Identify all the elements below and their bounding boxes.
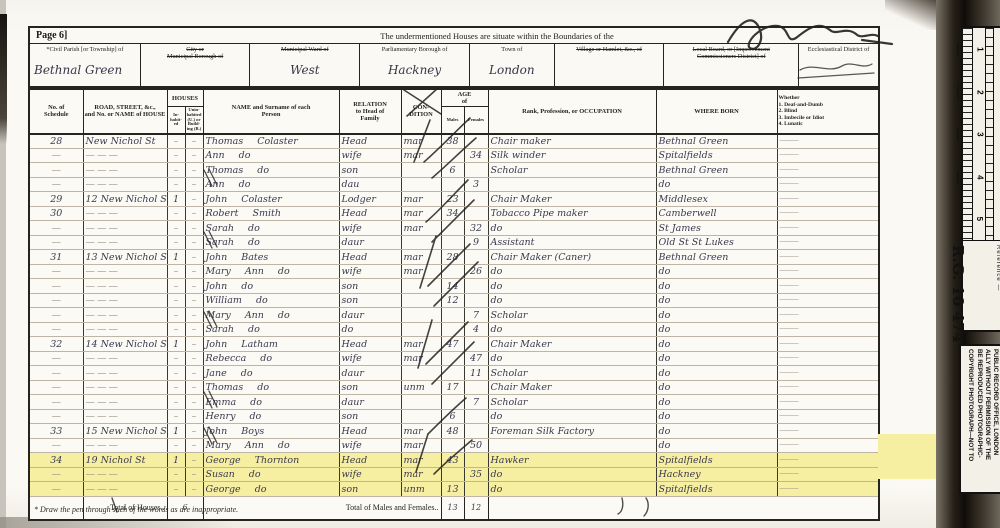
cell-occupation: Scholar <box>488 163 656 178</box>
cell-age-male: 14 <box>441 279 464 294</box>
cell-born: do <box>656 351 777 366</box>
cell-occupation: do <box>488 351 656 366</box>
cell-schedule <box>29 264 83 279</box>
cell-condition: mar <box>401 467 441 482</box>
col-age: AGE of <box>441 89 488 107</box>
cell-inhabited <box>167 235 185 250</box>
copyright-line: COPYRIGHT PHOTOGRAPH—NOT TO <box>966 349 974 489</box>
cell-inhabited <box>167 293 185 308</box>
cell-born: do <box>656 395 777 410</box>
cell-uninhabited <box>185 366 203 381</box>
cell-born: Spitalfields <box>656 482 777 497</box>
col-born: WHERE BORN <box>656 89 777 134</box>
boundary-statement: The undermentioned Houses are situate wi… <box>156 31 878 41</box>
col-inhabited: In- habit- ed <box>167 107 185 134</box>
cell-born: do <box>656 322 777 337</box>
cell-disability <box>777 453 879 468</box>
census-rows: 28New Nichol StThomas ColasterHeadmar38C… <box>29 134 879 497</box>
cell-age-male <box>441 235 464 250</box>
cell-uninhabited <box>185 409 203 424</box>
cell-schedule <box>29 438 83 453</box>
cell-born: do <box>656 438 777 453</box>
cell-disability <box>777 366 879 381</box>
cell-age-male <box>441 395 464 410</box>
cell-inhabited <box>167 177 185 192</box>
cell-schedule: 29 <box>29 192 83 207</box>
cell-schedule <box>29 409 83 424</box>
cell-inhabited: 1 <box>167 453 185 468</box>
cell-age-female: 35 <box>464 467 488 482</box>
cell-relation: son <box>339 293 401 308</box>
cell-age-female: 9 <box>464 235 488 250</box>
cell-born: Bethnal Green <box>656 250 777 265</box>
reference-number: R.G. 10 474 <box>949 245 967 331</box>
cell-name: Sarah do <box>203 322 339 337</box>
cell-relation: wife <box>339 148 401 163</box>
cell-road: New Nichol St <box>83 134 167 149</box>
field-label: Town of <box>470 44 554 53</box>
field-local-board: Local Board, or [Improvement Commissione… <box>663 44 798 86</box>
cell-uninhabited <box>185 351 203 366</box>
cell-condition <box>401 322 441 337</box>
cell-born: do <box>656 380 777 395</box>
cell-relation: do <box>339 322 401 337</box>
reference-label: Reference — <box>995 245 1000 325</box>
table-row: 28New Nichol StThomas ColasterHeadmar38C… <box>29 134 879 149</box>
cell-age-male <box>441 308 464 323</box>
table-header: No. of Schedule ROAD, STREET, &c., and N… <box>29 89 879 134</box>
cell-name: Mary Ann do <box>203 264 339 279</box>
field-municipal-ward: Municipal Ward of West <box>249 44 359 86</box>
cell-road <box>83 206 167 221</box>
cell-condition <box>401 409 441 424</box>
cell-uninhabited <box>185 279 203 294</box>
cell-disability <box>777 482 879 497</box>
header-fields: *Civil Parish [or Township] of Bethnal G… <box>28 44 880 88</box>
cell-name: Thomas do <box>203 380 339 395</box>
cell-name: Ann do <box>203 177 339 192</box>
cell-relation: wife <box>339 264 401 279</box>
field-label: Parliamentary Borough of <box>360 44 469 53</box>
table-row: John doson14dodo <box>29 279 879 294</box>
table-row: Sarah dodo4dodo <box>29 322 879 337</box>
cell-inhabited: 1 <box>167 250 185 265</box>
cell-relation: Head <box>339 337 401 352</box>
cell-condition: mar <box>401 221 441 236</box>
table-row: 3113 New Nichol St1John BatesHeadmar28Ch… <box>29 250 879 265</box>
cell-road: 14 New Nichol St <box>83 337 167 352</box>
form-footnote: * Draw the pen through such of the words… <box>34 505 238 514</box>
ruler-zone: 1 2 3 4 5 PUBLIC RECORD OFFICE <box>963 28 1000 241</box>
cell-relation: Head <box>339 453 401 468</box>
cell-age-female: 7 <box>464 395 488 410</box>
cell-inhabited <box>167 279 185 294</box>
cell-schedule <box>29 351 83 366</box>
cell-name: Ann do <box>203 148 339 163</box>
cell-road: 15 New Nichol St <box>83 424 167 439</box>
cell-age-female <box>464 337 488 352</box>
cell-disability <box>777 177 879 192</box>
cell-name: John Latham <box>203 337 339 352</box>
cell-road: 13 New Nichol St <box>83 250 167 265</box>
field-value <box>555 53 664 86</box>
cell-born: Old St St Lukes <box>656 235 777 250</box>
cell-condition: mar <box>401 148 441 163</box>
cell-age-female: 11 <box>464 366 488 381</box>
cell-name: John do <box>203 279 339 294</box>
cell-road <box>83 351 167 366</box>
cell-relation: Head <box>339 134 401 149</box>
cell-road <box>83 308 167 323</box>
cell-occupation <box>488 438 656 453</box>
cell-condition: mar <box>401 250 441 265</box>
cell-schedule <box>29 177 83 192</box>
field-town: Town of London <box>469 44 554 86</box>
cell-inhabited <box>167 148 185 163</box>
cell-inhabited <box>167 467 185 482</box>
cell-inhabited <box>167 308 185 323</box>
cell-born: do <box>656 293 777 308</box>
cell-born: do <box>656 366 777 381</box>
cell-road <box>83 221 167 236</box>
cell-schedule <box>29 279 83 294</box>
cell-occupation: do <box>488 279 656 294</box>
cell-inhabited <box>167 380 185 395</box>
cell-condition: mar <box>401 424 441 439</box>
cell-schedule: 33 <box>29 424 83 439</box>
cell-uninhabited <box>185 453 203 468</box>
cell-name: Henry do <box>203 409 339 424</box>
cell-age-male <box>441 438 464 453</box>
cell-age-female: 50 <box>464 438 488 453</box>
cell-road <box>83 395 167 410</box>
cell-age-male: 12 <box>441 293 464 308</box>
table-row: George dosonunm13doSpitalfields <box>29 482 879 497</box>
cell-uninhabited <box>185 438 203 453</box>
reference-zone: Reference — R.G. 10 474 <box>963 241 1000 330</box>
cell-schedule <box>29 366 83 381</box>
cell-occupation: do <box>488 467 656 482</box>
cell-relation: daur <box>339 308 401 323</box>
cell-uninhabited <box>185 177 203 192</box>
col-disability: Whether 1. Deaf-and-Dumb 2. Blind 3. Imb… <box>777 89 879 134</box>
cell-disability <box>777 322 879 337</box>
cell-age-male <box>441 322 464 337</box>
cell-name: John Colaster <box>203 192 339 207</box>
cell-road <box>83 366 167 381</box>
field-parliamentary-borough: Parliamentary Borough of Hackney <box>359 44 469 86</box>
cell-age-male: 28 <box>441 250 464 265</box>
table-row: Mary Ann dowifemar50do <box>29 438 879 453</box>
cell-age-female <box>464 163 488 178</box>
cell-relation: daur <box>339 395 401 410</box>
cell-occupation: Scholar <box>488 366 656 381</box>
cell-relation: wife <box>339 221 401 236</box>
totals-blank-right <box>488 496 879 520</box>
cell-age-female <box>464 424 488 439</box>
cell-age-male <box>441 467 464 482</box>
cell-road <box>83 438 167 453</box>
cell-schedule <box>29 163 83 178</box>
cell-age-male: 17 <box>441 380 464 395</box>
pro-office-label-wrap: PUBLIC RECORD OFFICE <box>994 28 1000 240</box>
cell-condition <box>401 293 441 308</box>
cell-disability <box>777 293 879 308</box>
cell-age-male: 23 <box>441 192 464 207</box>
col-name: NAME and Surname of each Person <box>203 89 339 134</box>
copyright-line: BE REPRODUCED PHOTOGRAPHIC- <box>974 349 982 489</box>
cell-age-male: 38 <box>441 134 464 149</box>
field-village-hamlet: Village or Hamlet, &c., of <box>554 44 664 86</box>
cell-age-female <box>464 250 488 265</box>
cell-schedule: 34 <box>29 453 83 468</box>
copyright-text: PUBLIC RECORD OFFICE, LONDON ALLY WITHOU… <box>965 349 999 489</box>
cell-name: Mary Ann do <box>203 308 339 323</box>
col-age-females: Females <box>464 107 488 134</box>
copyright-line: ALLY WITHOUT PERMISSION OF THE <box>983 349 991 489</box>
cell-road <box>83 467 167 482</box>
cell-name: John Bates <box>203 250 339 265</box>
table-row: Thomas dosonunm17Chair Makerdo <box>29 380 879 395</box>
cell-age-female <box>464 134 488 149</box>
cell-age-female: 32 <box>464 221 488 236</box>
cell-occupation: Hawker <box>488 453 656 468</box>
cell-relation: daur <box>339 235 401 250</box>
table-row: Mary Ann dowifemar26dodo <box>29 264 879 279</box>
cell-born: do <box>656 177 777 192</box>
cell-born: do <box>656 308 777 323</box>
cell-occupation: Scholar <box>488 395 656 410</box>
cell-age-male: 6 <box>441 163 464 178</box>
cell-inhabited <box>167 409 185 424</box>
cell-disability <box>777 235 879 250</box>
cell-condition: mar <box>401 264 441 279</box>
copyright-stamp: PUBLIC RECORD OFFICE, LONDON ALLY WITHOU… <box>959 344 1000 494</box>
cell-born: Middlesex <box>656 192 777 207</box>
cell-name: William do <box>203 293 339 308</box>
copyright-line: PUBLIC RECORD OFFICE, LONDON <box>991 349 999 489</box>
total-females-value: 12 <box>464 496 488 520</box>
cell-inhabited <box>167 395 185 410</box>
cell-born: Spitalfields <box>656 148 777 163</box>
cell-relation: son <box>339 482 401 497</box>
cell-inhabited <box>167 221 185 236</box>
cell-condition <box>401 279 441 294</box>
cell-condition <box>401 395 441 410</box>
field-value <box>664 60 798 86</box>
cell-age-male: 43 <box>441 453 464 468</box>
table-row: Thomas doson6ScholarBethnal Green <box>29 163 879 178</box>
col-condition: CON- DITION <box>401 89 441 134</box>
cell-occupation: do <box>488 264 656 279</box>
ruler-numbers: 1 2 3 4 5 <box>973 28 986 240</box>
cell-condition: mar <box>401 453 441 468</box>
cell-uninhabited <box>185 206 203 221</box>
cell-name: Emma do <box>203 395 339 410</box>
cell-name: George Thornton <box>203 453 339 468</box>
field-value <box>141 60 250 86</box>
cell-occupation: do <box>488 293 656 308</box>
cell-road <box>83 380 167 395</box>
cell-age-male: 48 <box>441 424 464 439</box>
col-age-males: Males <box>441 107 464 134</box>
cell-road <box>83 235 167 250</box>
cell-disability <box>777 206 879 221</box>
cell-condition: mar <box>401 351 441 366</box>
col-road: ROAD, STREET, &c., and No. or NAME of HO… <box>83 89 167 134</box>
cell-occupation <box>488 177 656 192</box>
cell-condition <box>401 366 441 381</box>
cell-inhabited: 1 <box>167 424 185 439</box>
field-label: Village or Hamlet, &c., of <box>555 44 664 53</box>
cell-relation: dau <box>339 177 401 192</box>
cell-inhabited <box>167 366 185 381</box>
cell-uninhabited <box>185 482 203 497</box>
cell-schedule: 30 <box>29 206 83 221</box>
cell-age-male <box>441 148 464 163</box>
cell-disability <box>777 395 879 410</box>
cell-occupation: Chair maker <box>488 134 656 149</box>
cell-age-female: 7 <box>464 308 488 323</box>
cell-relation: Head <box>339 206 401 221</box>
cell-road <box>83 409 167 424</box>
cell-uninhabited <box>185 395 203 410</box>
cell-occupation: Assistant <box>488 235 656 250</box>
field-value: Hackney <box>360 53 469 86</box>
cell-name: Sarah do <box>203 221 339 236</box>
cell-occupation: Foreman Silk Factory <box>488 424 656 439</box>
cell-age-female <box>464 453 488 468</box>
cell-born: Bethnal Green <box>656 163 777 178</box>
cell-road <box>83 279 167 294</box>
field-value: West <box>250 53 359 86</box>
cell-born: do <box>656 409 777 424</box>
cell-road <box>83 322 167 337</box>
cell-age-male <box>441 351 464 366</box>
cell-inhabited <box>167 163 185 178</box>
col-houses: HOUSES <box>167 89 203 107</box>
cell-road <box>83 264 167 279</box>
cell-disability <box>777 192 879 207</box>
cell-age-female <box>464 409 488 424</box>
table-row: Jane dodaur11Scholardo <box>29 366 879 381</box>
cell-uninhabited <box>185 380 203 395</box>
cell-schedule <box>29 467 83 482</box>
cell-born: do <box>656 279 777 294</box>
field-municipal-borough: City or Municipal Borough of <box>140 44 250 86</box>
table-row: 2912 New Nichol St1John ColasterLodgerma… <box>29 192 879 207</box>
cell-occupation: Chair Maker <box>488 192 656 207</box>
table-row: Sarah dodaur9AssistantOld St St Lukes <box>29 235 879 250</box>
cell-inhabited <box>167 264 185 279</box>
cell-uninhabited <box>185 424 203 439</box>
cell-occupation: do <box>488 409 656 424</box>
cell-disability <box>777 438 879 453</box>
col-occupation: Rank, Profession, or OCCUPATION <box>488 89 656 134</box>
cell-condition: mar <box>401 206 441 221</box>
cell-road: 12 New Nichol St <box>83 192 167 207</box>
col-uninhabited: Unin- habited (U.) or Build- ing (B.) <box>185 107 203 134</box>
highlight-band <box>878 434 940 479</box>
cell-uninhabited <box>185 148 203 163</box>
cell-schedule <box>29 221 83 236</box>
cell-occupation: Chair Maker (Caner) <box>488 250 656 265</box>
cell-condition <box>401 177 441 192</box>
cell-uninhabited <box>185 322 203 337</box>
cell-condition: mar <box>401 337 441 352</box>
cell-relation: Head <box>339 250 401 265</box>
field-label: Local Board, or [Improvement Commissione… <box>664 44 798 60</box>
cell-schedule <box>29 235 83 250</box>
table-row: Sarah dowifemar32doSt James <box>29 221 879 236</box>
page-number-label: Page 6] <box>30 30 156 41</box>
field-value <box>799 53 878 86</box>
cell-relation: son <box>339 163 401 178</box>
cell-born: Spitalfields <box>656 453 777 468</box>
cell-born: Bethnal Green <box>656 134 777 149</box>
cell-name: George do <box>203 482 339 497</box>
cell-age-female: 34 <box>464 148 488 163</box>
cell-disability <box>777 163 879 178</box>
cell-inhabited <box>167 206 185 221</box>
cell-name: Robert Smith <box>203 206 339 221</box>
cell-born: do <box>656 424 777 439</box>
cell-relation: son <box>339 409 401 424</box>
cell-uninhabited <box>185 293 203 308</box>
cell-inhabited <box>167 351 185 366</box>
cell-inhabited: 1 <box>167 192 185 207</box>
scan-corner-shadow <box>885 0 940 30</box>
form-top-band: Page 6] The undermentioned Houses are si… <box>28 26 880 44</box>
cell-schedule: 28 <box>29 134 83 149</box>
cell-disability <box>777 467 879 482</box>
cell-age-female <box>464 380 488 395</box>
total-males-value: 13 <box>441 496 464 520</box>
cell-disability <box>777 308 879 323</box>
cell-disability <box>777 380 879 395</box>
field-civil-parish: *Civil Parish [or Township] of Bethnal G… <box>30 44 140 86</box>
cell-road: 19 Nichol St <box>83 453 167 468</box>
cell-uninhabited <box>185 467 203 482</box>
cell-born: do <box>656 337 777 352</box>
cell-relation: son <box>339 380 401 395</box>
cell-uninhabited <box>185 250 203 265</box>
table-row: 3419 Nichol St1George ThorntonHeadmar43H… <box>29 453 879 468</box>
cell-inhabited <box>167 322 185 337</box>
cell-name: Jane do <box>203 366 339 381</box>
cell-age-female: 3 <box>464 177 488 192</box>
cell-age-male <box>441 177 464 192</box>
cell-name: Sarah do <box>203 235 339 250</box>
table-row: 3315 New Nichol St1John BoysHeadmar48For… <box>29 424 879 439</box>
cell-uninhabited <box>185 264 203 279</box>
cell-uninhabited <box>185 337 203 352</box>
cell-schedule: 32 <box>29 337 83 352</box>
cell-occupation: Silk winder <box>488 148 656 163</box>
cell-age-male: 34 <box>441 206 464 221</box>
cell-age-female: 4 <box>464 322 488 337</box>
cell-condition <box>401 235 441 250</box>
scan-edge-left <box>0 14 7 144</box>
cell-disability <box>777 424 879 439</box>
table-row: 3214 New Nichol St1John LathamHeadmar47C… <box>29 337 879 352</box>
cell-relation: daur <box>339 366 401 381</box>
col-schedule: No. of Schedule <box>29 89 83 134</box>
field-value: Bethnal Green <box>30 53 140 86</box>
cell-condition: mar <box>401 438 441 453</box>
cell-occupation: Tobacco Pipe maker <box>488 206 656 221</box>
cell-relation: Head <box>339 424 401 439</box>
